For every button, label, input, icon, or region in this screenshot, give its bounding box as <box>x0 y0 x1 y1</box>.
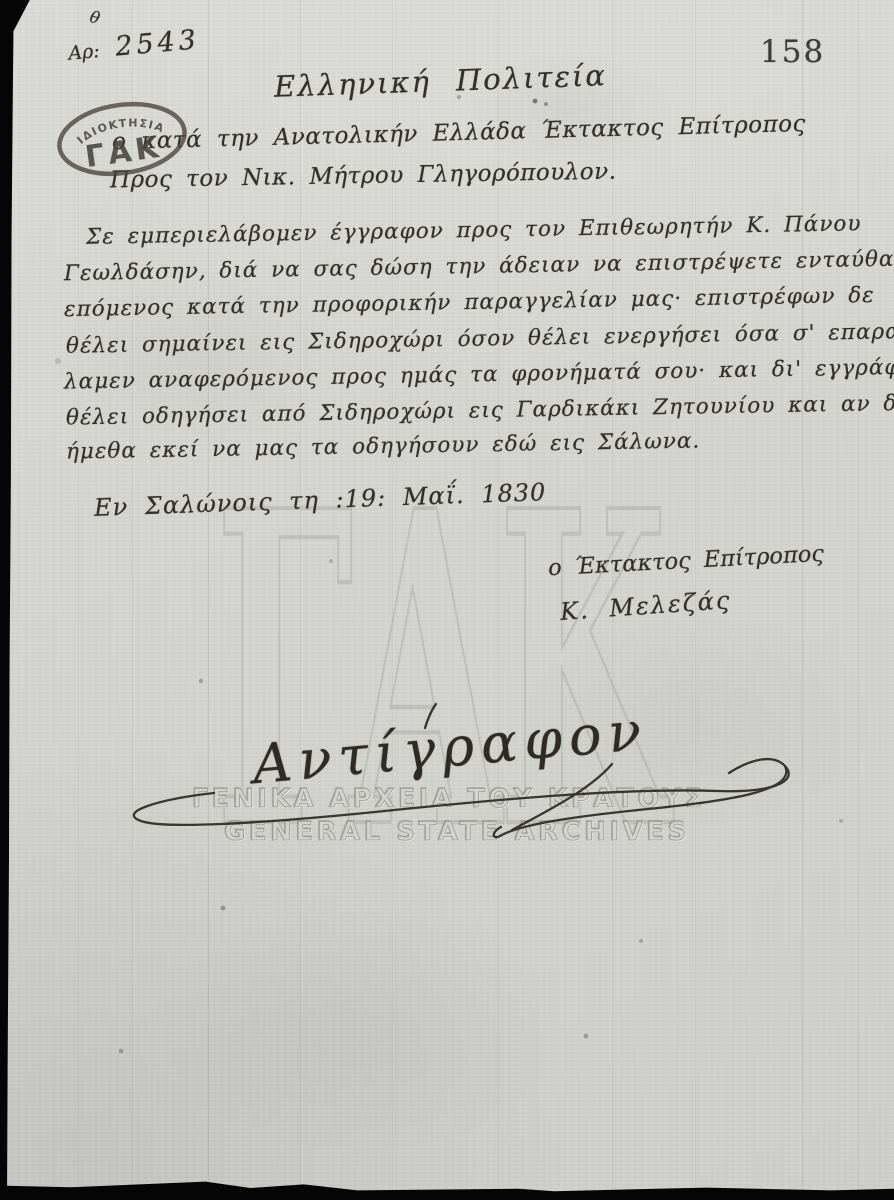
signature-flourish <box>0 0 894 1200</box>
scanned-document-page: ΓΑΚ ΓΕΝΙΚΑ ΑΡΧΕΙΑ ΤΟΥ ΚΡΑΤΟΥΣ GENERAL ST… <box>0 0 894 1200</box>
